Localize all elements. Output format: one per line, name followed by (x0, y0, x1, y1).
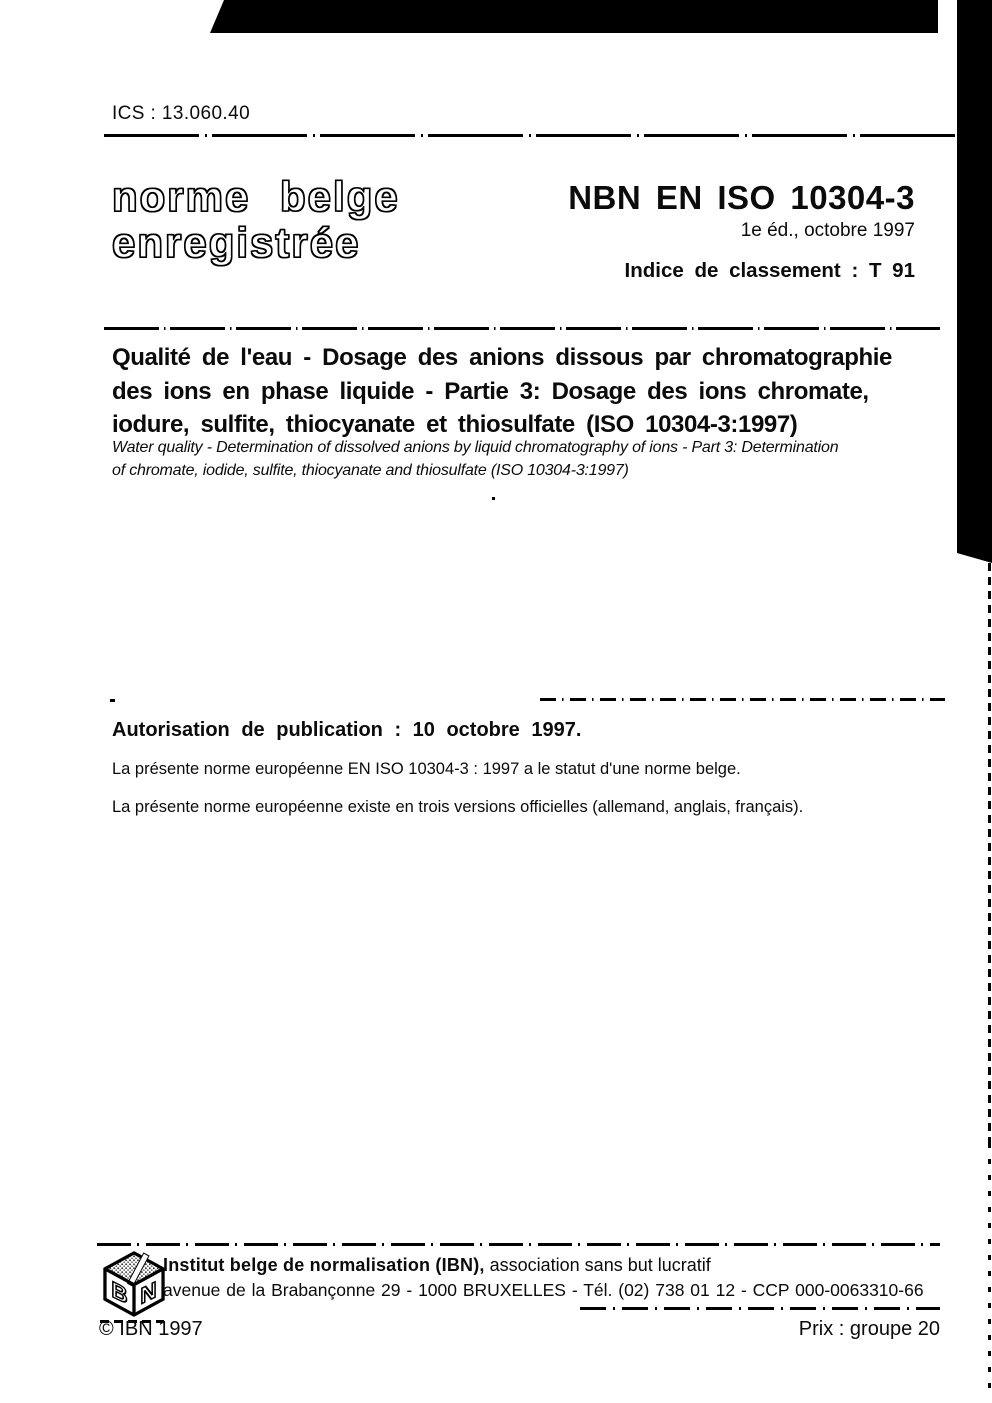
scan-artifact-right-band (957, 0, 992, 563)
title-en-line-2: of chromate, iodide, sulfite, thiocyanat… (112, 460, 838, 483)
institute-desc: association sans but lucratif (485, 1255, 711, 1275)
section-rule (540, 698, 945, 701)
title-english: Water quality - Determination of dissolv… (112, 437, 838, 482)
title-en-line-1: Water quality - Determination of dissolv… (112, 437, 838, 460)
edition-date: 1e éd., octobre 1997 (0, 220, 915, 242)
status-note: La présente norme européenne EN ISO 1030… (112, 760, 741, 779)
price-group: Prix : groupe 20 (0, 1318, 940, 1341)
institute-line: Institut belge de normalisation (IBN), a… (163, 1255, 711, 1276)
title-fr-line-1: Qualité de l'eau - Dosage des anions dis… (112, 341, 892, 375)
classification-index: Indice de classement : T 91 (0, 259, 915, 283)
ibn-logo: B N (101, 1251, 167, 1317)
scan-artifact-edge-dots-lower (988, 1143, 991, 1393)
section-rule-dot (110, 699, 115, 702)
institute-name: Institut belge de normalisation (IBN), (163, 1255, 485, 1275)
scan-artifact-edge-dots-upper (988, 563, 991, 1143)
title-fr-line-2: des ions en phase liquide - Partie 3: Do… (112, 375, 892, 409)
authorization-line: Autorisation de publication : 10 octobre… (112, 719, 581, 742)
doc-number: NBN EN ISO 10304-3 (0, 179, 915, 217)
versions-note: La présente norme européenne existe en t… (112, 798, 803, 817)
header-rule (104, 134, 985, 137)
title-rule (104, 327, 940, 330)
footer-sub-rule (580, 1307, 940, 1310)
document-page: ICS : 13.060.40 norme belge enregistrée … (0, 0, 992, 1403)
scan-artifact-top-band (210, 0, 938, 33)
address-line: avenue de la Brabançonne 29 - 1000 BRUXE… (163, 1280, 924, 1301)
footer-rule (97, 1243, 940, 1246)
title-french: Qualité de l'eau - Dosage des anions dis… (112, 341, 892, 442)
scan-speck (492, 497, 495, 500)
ics-code: ICS : 13.060.40 (112, 103, 250, 125)
